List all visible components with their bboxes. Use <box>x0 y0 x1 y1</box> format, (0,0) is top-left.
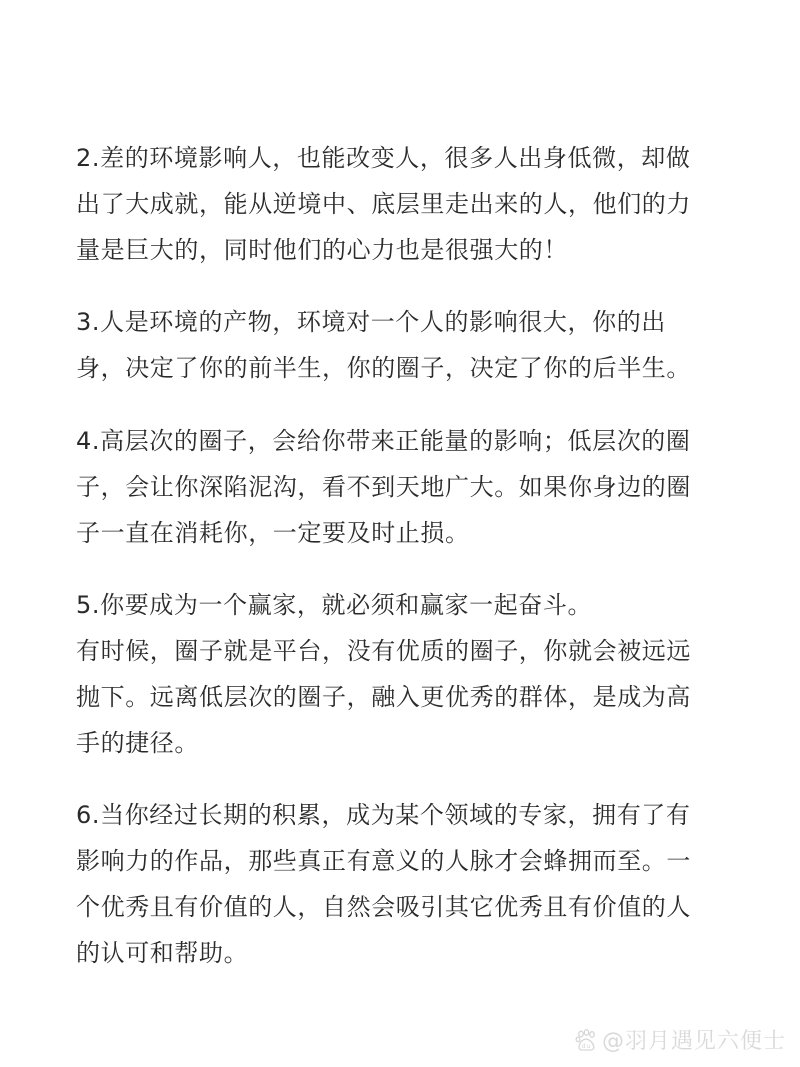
text-line: 抛下。远离低层次的圈子，融入更优秀的群体，是成为高 <box>76 674 736 720</box>
text-line: 影响力的作品，那些真正有意义的人脉才会蜂拥而至。一 <box>76 838 736 884</box>
text-line: 3.人是环境的产物，环境对一个人的影响很大，你的出 <box>76 299 736 345</box>
text-line: 有时候，圈子就是平台，没有优质的圈子，你就会被远远 <box>76 628 736 674</box>
paragraph-3: 3.人是环境的产物，环境对一个人的影响很大，你的出 身，决定了你的前半生，你的圈… <box>76 299 736 391</box>
text-line: 手的捷径。 <box>76 720 736 766</box>
text-line: 量是巨大的，同时他们的心力也是很强大的！ <box>76 227 736 273</box>
watermark: du @羽月遇见六便士 <box>574 1024 786 1055</box>
baidu-paw-icon: du <box>574 1028 598 1052</box>
text-line: 5.你要成为一个赢家，就必须和赢家一起奋斗。 <box>76 582 736 628</box>
text-line: 子一直在消耗你，一定要及时止损。 <box>76 510 736 556</box>
text-line: 出了大成就，能从逆境中、底层里走出来的人，他们的力 <box>76 181 736 227</box>
text-line: 个优秀且有价值的人，自然会吸引其它优秀且有价值的人 <box>76 884 736 930</box>
text-line: 2.差的环境影响人，也能改变人，很多人出身低微，却做 <box>76 135 736 181</box>
text-line: 的认可和帮助。 <box>76 930 736 976</box>
paragraph-2: 2.差的环境影响人，也能改变人，很多人出身低微，却做 出了大成就，能从逆境中、底… <box>76 135 736 273</box>
paragraph-6: 6.当你经过长期的积累，成为某个领域的专家，拥有了有 影响力的作品，那些真正有意… <box>76 792 736 976</box>
paragraph-4: 4.高层次的圈子，会给你带来正能量的影响；低层次的圈 子，会让你深陷泥沟，看不到… <box>76 418 736 556</box>
paragraph-5: 5.你要成为一个赢家，就必须和赢家一起奋斗。 有时候，圈子就是平台，没有优质的圈… <box>76 582 736 766</box>
watermark-text: @羽月遇见六便士 <box>602 1024 786 1055</box>
text-line: 4.高层次的圈子，会给你带来正能量的影响；低层次的圈 <box>76 418 736 464</box>
text-line: 6.当你经过长期的积累，成为某个领域的专家，拥有了有 <box>76 792 736 838</box>
text-line: 子，会让你深陷泥沟，看不到天地广大。如果你身边的圈 <box>76 464 736 510</box>
text-line: 身，决定了你的前半生，你的圈子，决定了你的后半生。 <box>76 345 736 391</box>
svg-text:du: du <box>582 1043 592 1050</box>
